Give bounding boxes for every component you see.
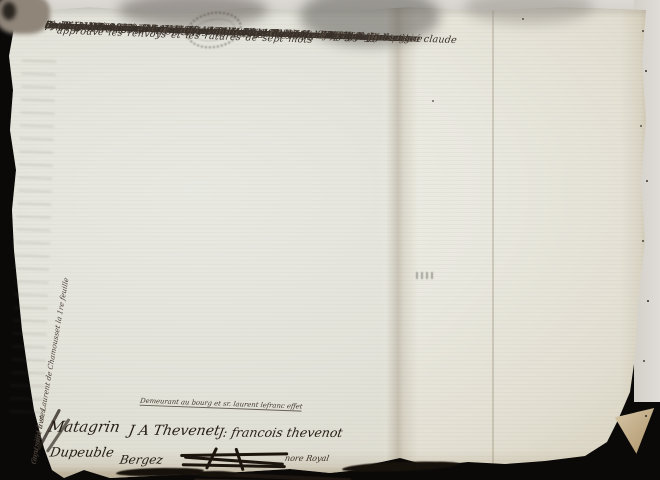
signature-jf-thevenot: J: francois thevenot — [217, 425, 344, 440]
notary-mention: nore Royal — [284, 454, 330, 463]
torn-edge-stain — [2, 2, 16, 20]
signature-dupeuble: Dupeuble — [49, 446, 115, 461]
signature-bergez: Bergez — [119, 453, 165, 467]
manuscript-scan: Cent quatre Vingt livres —— pour ce le m… — [0, 0, 660, 480]
edge-ink-specks — [642, 30, 644, 32]
ink-smear — [116, 467, 204, 477]
faint-pencil-mark — [416, 272, 434, 279]
signature-ja-thevenet: J A Thevenet — [127, 423, 221, 439]
paper-sheet — [0, 0, 660, 480]
